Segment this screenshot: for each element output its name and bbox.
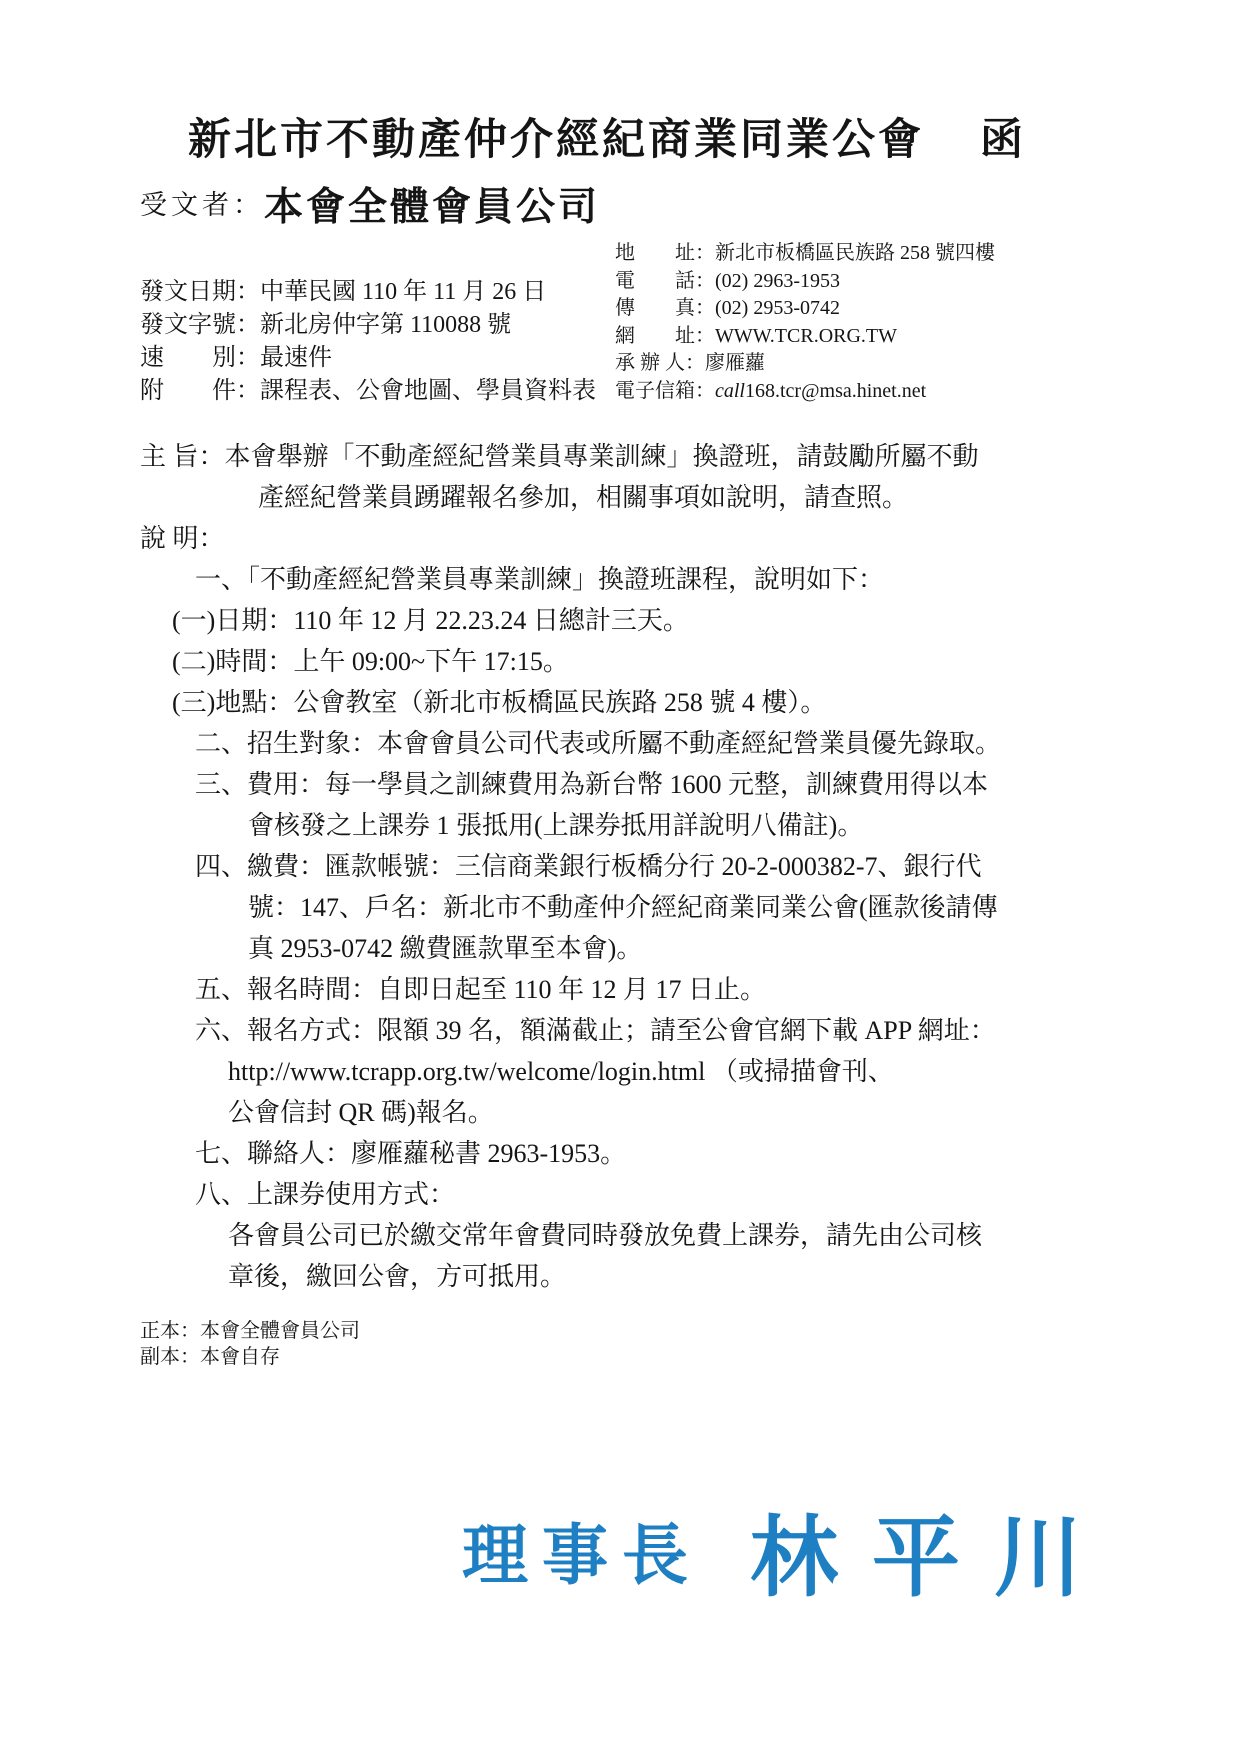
org-email-rest: 168.tcr@msa.hinet.net	[745, 380, 926, 402]
body-line-item-8: 八、上課券使用方式：	[140, 1174, 1100, 1215]
body-line-item-5: 五、報名時間：自即日起至 110 年 12 月 17 日止。	[140, 969, 1100, 1010]
recipient-line: 受文者：本會全體會員公司	[140, 176, 600, 232]
recipient-label: 受文者：	[140, 190, 264, 220]
body-line-item-6: 六、報名方式：限額 39 名，額滿截止；請至公會官網下載 APP 網址：	[140, 1010, 1100, 1051]
meta-right-block: 地 址：新北市板橋區民族路 258 號四樓 電 話：(02) 2963-1953…	[615, 240, 995, 405]
distribution-block: 正本：本會全體會員公司 副本：本會自存	[140, 1318, 360, 1370]
priority-level: 速 別：最速件	[140, 342, 596, 375]
document-title: 新北市不動產仲介經紀商業同業公會函	[188, 106, 1026, 167]
document-body: 主 旨：本會舉辦「不動產經紀營業員專業訓練」換證班，請鼓勵所屬不動 產經紀營業員…	[140, 436, 1100, 1297]
body-line-item-4: 四、繳費：匯款帳號：三信商業銀行板橋分行 20-2-000382-7、銀行代	[140, 846, 1100, 887]
body-line-item-7: 七、聯絡人：廖雁蘿秘書 2963-1953。	[140, 1133, 1100, 1174]
issue-number: 發文字號：新北房仲字第 110088 號	[140, 309, 596, 342]
body-line-item-2: 二、招生對象：本會會員公司代表或所屬不動產經紀營業員優先錄取。	[140, 723, 1100, 764]
body-line-item-6-cont: 公會信封 QR 碼)報名。	[140, 1092, 1100, 1133]
registration-url: http://www.tcrapp.org.tw/welcome/login.h…	[140, 1051, 1100, 1092]
chairman-signature: 理事長林平川	[462, 1488, 1116, 1614]
body-line-item-1-time: (二)時間：上午 09:00~下午 17:15。	[140, 641, 1100, 682]
explanation-heading: 說 明：	[140, 518, 1100, 559]
body-line-item-1-date: (一)日期：110 年 12 月 22.23.24 日總計三天。	[140, 600, 1100, 641]
org-email-label: 電子信箱：	[615, 380, 715, 402]
chairman-title: 理事長	[462, 1518, 702, 1592]
org-email-italic-part: call	[715, 380, 745, 402]
body-line-item-8-cont-1: 各會員公司已於繳交常年會費同時發放免費上課券，請先由公司核	[140, 1215, 1100, 1256]
org-phone: 電 話：(02) 2963-1953	[615, 268, 995, 296]
attachments: 附 件：課程表、公會地圖、學員資料表	[140, 375, 596, 408]
body-line-item-3-cont: 會核發之上課券 1 張抵用(上課券抵用詳說明八備註)。	[140, 805, 1100, 846]
body-line-item-3: 三、費用：每一學員之訓練費用為新台幣 1600 元整，訓練費用得以本	[140, 764, 1100, 805]
body-line-item-1: 一、「不動產經紀營業員專業訓練」換證班課程，說明如下：	[140, 559, 1100, 600]
recipient-value: 本會全體會員公司	[264, 186, 600, 229]
body-line-item-4-cont-1: 號：147、戶名：新北市不動產仲介經紀商業同業公會(匯款後請傳	[140, 887, 1100, 928]
org-name: 新北市不動產仲介經紀商業同業公會	[188, 117, 924, 164]
org-website: 網 址：WWW.TCR.ORG.TW	[615, 323, 995, 351]
document-page: 新北市不動產仲介經紀商業同業公會函 受文者：本會全體會員公司 發文日期：中華民國…	[0, 0, 1240, 1753]
org-contact-person: 承 辦 人：廖雁蘿	[615, 350, 995, 378]
org-email: 電子信箱：call168.tcr@msa.hinet.net	[615, 378, 995, 406]
meta-left-block: 發文日期：中華民國 110 年 11 月 26 日 發文字號：新北房仲字第 11…	[140, 276, 596, 408]
subject-line-cont: 產經紀營業員踴躍報名參加，相關事項如說明，請查照。	[140, 477, 1100, 518]
chairman-name: 林平川	[750, 1508, 1116, 1607]
doc-type-label: 函	[980, 117, 1026, 164]
body-line-item-8-cont-2: 章後，繳回公會，方可抵用。	[140, 1256, 1100, 1297]
subject-line: 主 旨：本會舉辦「不動產經紀營業員專業訓練」換證班，請鼓勵所屬不動	[140, 436, 1100, 477]
body-line-item-1-place: (三)地點：公會教室（新北市板橋區民族路 258 號 4 樓）。	[140, 682, 1100, 723]
original-copy-line: 正本：本會全體會員公司	[140, 1318, 360, 1344]
org-fax: 傳 真：(02) 2953-0742	[615, 295, 995, 323]
duplicate-copy-line: 副本：本會自存	[140, 1344, 360, 1370]
org-address: 地 址：新北市板橋區民族路 258 號四樓	[615, 240, 995, 268]
issue-date: 發文日期：中華民國 110 年 11 月 26 日	[140, 276, 596, 309]
body-line-item-4-cont-2: 真 2953-0742 繳費匯款單至本會)。	[140, 928, 1100, 969]
